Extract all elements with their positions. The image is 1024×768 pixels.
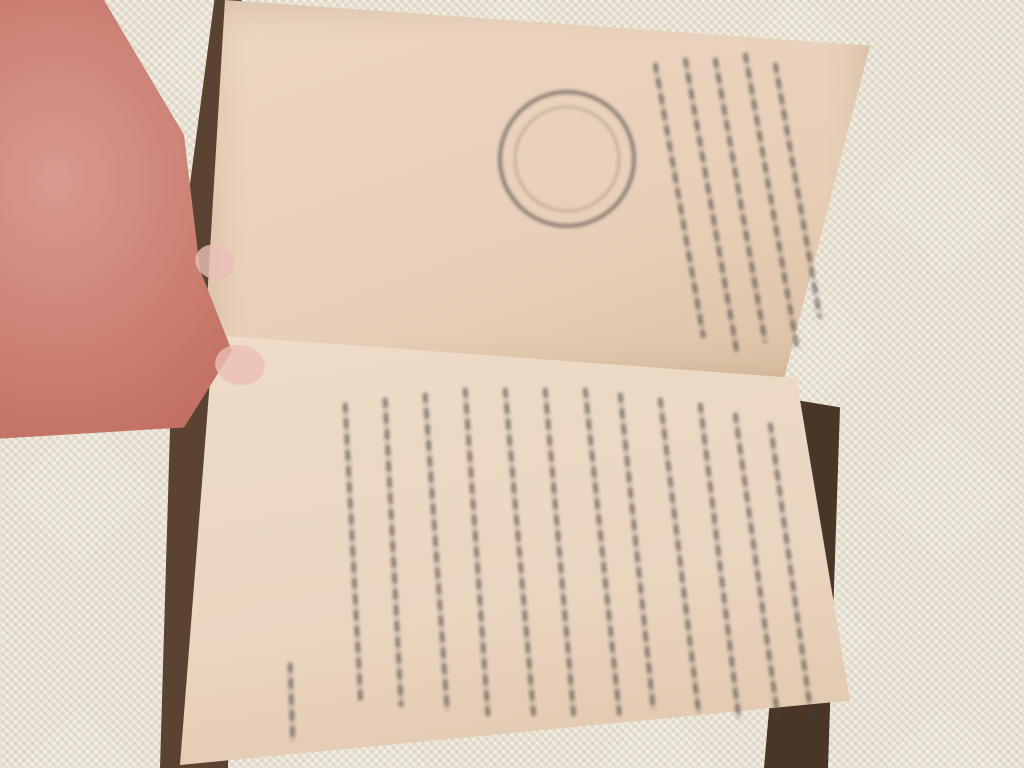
ink-stamp-icon xyxy=(498,90,636,228)
lower-page xyxy=(180,335,850,765)
photo-scene xyxy=(0,0,1024,768)
